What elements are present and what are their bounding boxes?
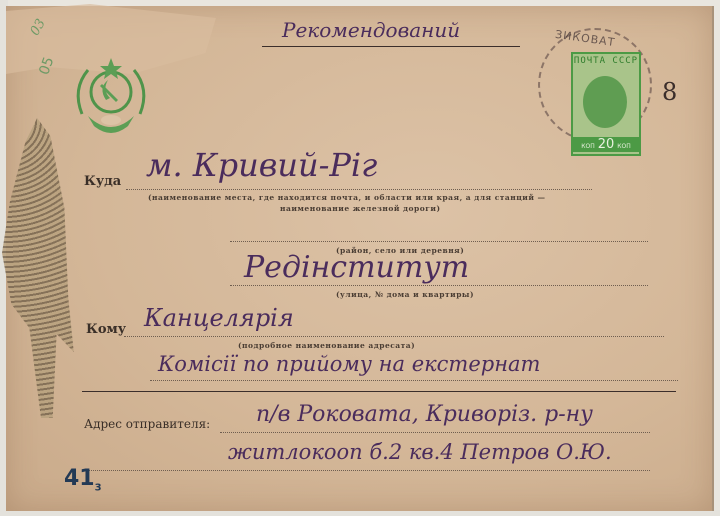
whom-value: Канцелярія bbox=[144, 304, 294, 332]
postage-stamp: ПОЧТА СССР КОП20КОП bbox=[571, 52, 641, 156]
sender-line-2-rule bbox=[88, 470, 650, 471]
side-number: 8 bbox=[662, 78, 677, 106]
to-label: Куда bbox=[84, 174, 121, 189]
whom-value-2: Комісії по прийому на екстернат bbox=[158, 352, 540, 376]
to-hint-1: (наименование места, где находится почта… bbox=[148, 193, 546, 202]
stamp-portrait-icon bbox=[583, 76, 627, 128]
soviet-coat-of-arms-icon bbox=[68, 54, 154, 140]
street-hint: (улица, № дома и квартиры) bbox=[336, 290, 474, 299]
sender-line-1: п/в Роковата, Криворіз. р-ну bbox=[256, 402, 593, 427]
address-divider bbox=[82, 391, 676, 392]
to-line bbox=[126, 189, 592, 190]
sender-line-2: житлокооп б.2 кв.4 Петров О.Ю. bbox=[228, 440, 612, 464]
street-value: Pедінститут bbox=[244, 250, 469, 285]
sender-label: Адрес отправителя: bbox=[84, 417, 210, 431]
sender-line-1-rule bbox=[220, 432, 650, 433]
district-line bbox=[230, 241, 648, 242]
header-underline bbox=[262, 46, 520, 47]
stamp-header: ПОЧТА СССР bbox=[573, 56, 639, 66]
whom-line bbox=[124, 336, 664, 337]
street-line bbox=[230, 285, 648, 286]
stamp-value: КОП20КОП bbox=[573, 137, 639, 152]
to-hint-2: наименование железной дороги) bbox=[280, 204, 441, 213]
archive-mark: 413 bbox=[64, 466, 102, 493]
to-city: м. Кривий-Ріг bbox=[146, 146, 377, 184]
registered-mail-label: Рекомендований bbox=[282, 18, 460, 42]
whom-label: Кому bbox=[86, 322, 126, 337]
whom-hint: (подробное наименование адресата) bbox=[238, 341, 415, 350]
whom-line-2 bbox=[150, 380, 678, 381]
